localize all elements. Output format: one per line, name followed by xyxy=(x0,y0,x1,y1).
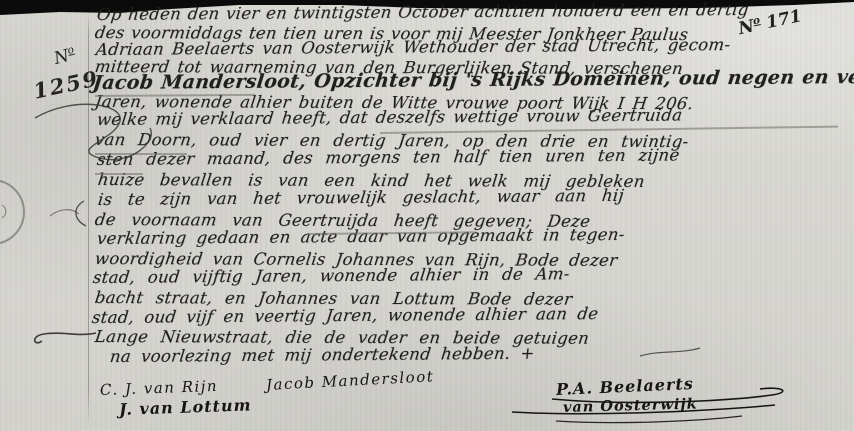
scanned-birth-record-page: No 1259 No 171 Op heden den vier en twin… xyxy=(0,0,854,431)
seal-mark xyxy=(2,205,6,218)
handwritten-line: welke mij verklaard heeft, dat deszelfs … xyxy=(96,105,684,129)
handwritten-line: na voorlezing met mij ondertekend hebben… xyxy=(109,344,536,366)
handwritten-line: stad, oud vijftig Jaren, wonende alhier … xyxy=(92,264,571,287)
seal-arc xyxy=(0,180,24,244)
act-number: 1259 xyxy=(31,65,101,103)
handwritten-line: Adriaan Beelaerts van Oosterwijk Wethoud… xyxy=(95,35,732,59)
handwritten-line: sten dezer maand, des morgens ten half t… xyxy=(96,145,681,169)
handwritten-line: stad, oud vijf en veertig Jaren, wonende… xyxy=(91,304,600,327)
small-flourish xyxy=(50,210,79,216)
signature-father-mandersloot: Jacob Mandersloot xyxy=(266,367,435,394)
signature-official-oosterwijk: van Oosterwijk xyxy=(563,395,698,416)
lange-swash xyxy=(35,333,96,343)
margin-no-label: No xyxy=(52,44,78,69)
signature-witness-van-lottum: J. van Lottum xyxy=(119,395,252,419)
handwritten-line: is te zijn van het vrouwelijk geslacht, … xyxy=(97,186,625,209)
signature-witness-van-rijn: C. J. van Rijn xyxy=(100,377,219,399)
pencil-underline-van-doorn xyxy=(95,153,187,155)
folio-sup: o xyxy=(752,14,761,27)
bracket-flourish xyxy=(76,201,86,226)
handwritten-line: verklaring gedaan en acte daar van opgem… xyxy=(96,225,626,248)
pencil-underline-sten xyxy=(95,173,143,175)
handwritten-line: Op heden den vier en twintigsten October… xyxy=(96,0,750,24)
folio-digits: 171 xyxy=(765,6,804,33)
end-flourish xyxy=(640,348,700,356)
oosterwijk-underline xyxy=(556,416,742,423)
